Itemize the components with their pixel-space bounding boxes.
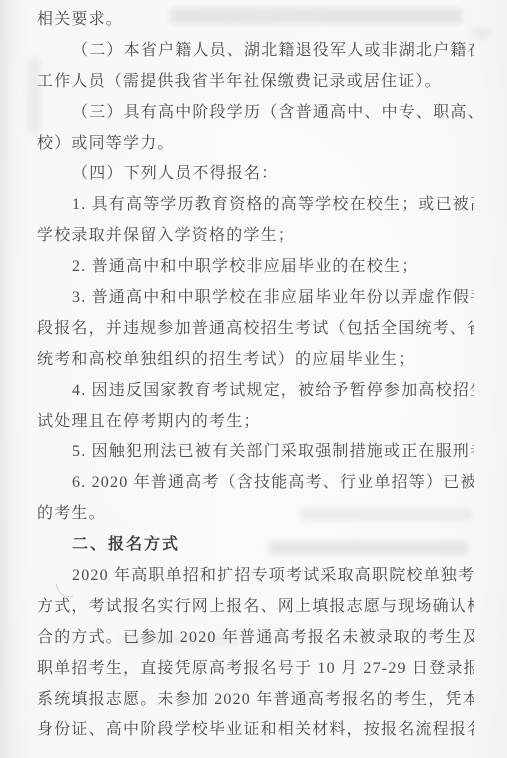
text-line: 4. 因违反国家教育考试规定，被给予暂停参加高校招生考 — [37, 376, 474, 407]
text-line: （三）具有高中阶段学历（含普通高中、中专、职高、技 — [37, 98, 474, 129]
scanned-document-page: 相关要求。（二）本省户籍人员、湖北籍退役军人或非湖北户籍在鄂工作人员（需提供我省… — [0, 0, 507, 758]
text-line: 2. 普通高中和中职学校非应届毕业的在校生； — [37, 252, 474, 283]
text-line: 6. 2020 年普通高考（含技能高考、行业单招等）已被录取 — [37, 468, 474, 499]
text-line: 的考生。 — [37, 499, 474, 530]
text-line: 相关要求。 — [37, 5, 474, 36]
text-line: 段报名，并违规参加普通高校招生考试（包括全国统考、省级 — [37, 314, 474, 345]
text-line: 校）或同等学力。 — [37, 129, 474, 160]
text-line: 合的方式。已参加 2020 年普通高考报名未被录取的考生及高 — [37, 623, 474, 654]
text-line: 5. 因触犯刑法已被有关部门采取强制措施或正在服刑者； — [37, 437, 474, 468]
text-line: 身份证、高中阶段学校毕业证和相关材料，按报名流程报名， — [37, 715, 474, 746]
text-line: （二）本省户籍人员、湖北籍退役军人或非湖北户籍在鄂 — [37, 36, 474, 67]
text-line: 2020 年高职单招和扩招专项考试采取高职院校单独考试 — [37, 561, 474, 592]
text-line: （四）下列人员不得报名： — [37, 159, 474, 190]
text-line: 方式，考试报名实行网上报名、网上填报志愿与现场确认相结 — [37, 592, 474, 623]
text-line: 系统填报志愿。未参加 2020 年普通高考报名的考生，凭本人 — [37, 685, 474, 716]
scan-edge-shading — [0, 0, 14, 758]
text-line: 学校录取并保留入学资格的学生； — [37, 221, 474, 252]
scan-artifact — [472, 28, 490, 38]
text-line: 工作人员（需提供我省半年社保缴费记录或居住证）。 — [37, 67, 474, 98]
text-line: 职单招考生，直接凭原高考报名号于 10 月 27-29 日登录报名 — [37, 654, 474, 685]
text-line: 试处理且在停考期内的考生； — [37, 407, 474, 438]
text-line: 3. 普通高中和中职学校在非应届毕业年份以弄虚作假手 — [37, 283, 474, 314]
text-line: 统考和高校单独组织的招生考试）的应届毕业生； — [37, 345, 474, 376]
section-heading: 二、报名方式 — [37, 530, 474, 561]
document-body: 相关要求。（二）本省户籍人员、湖北籍退役军人或非湖北户籍在鄂工作人员（需提供我省… — [37, 5, 474, 746]
text-line: 1. 具有高等学历教育资格的高等学校在校生；或已被高等 — [37, 190, 474, 221]
